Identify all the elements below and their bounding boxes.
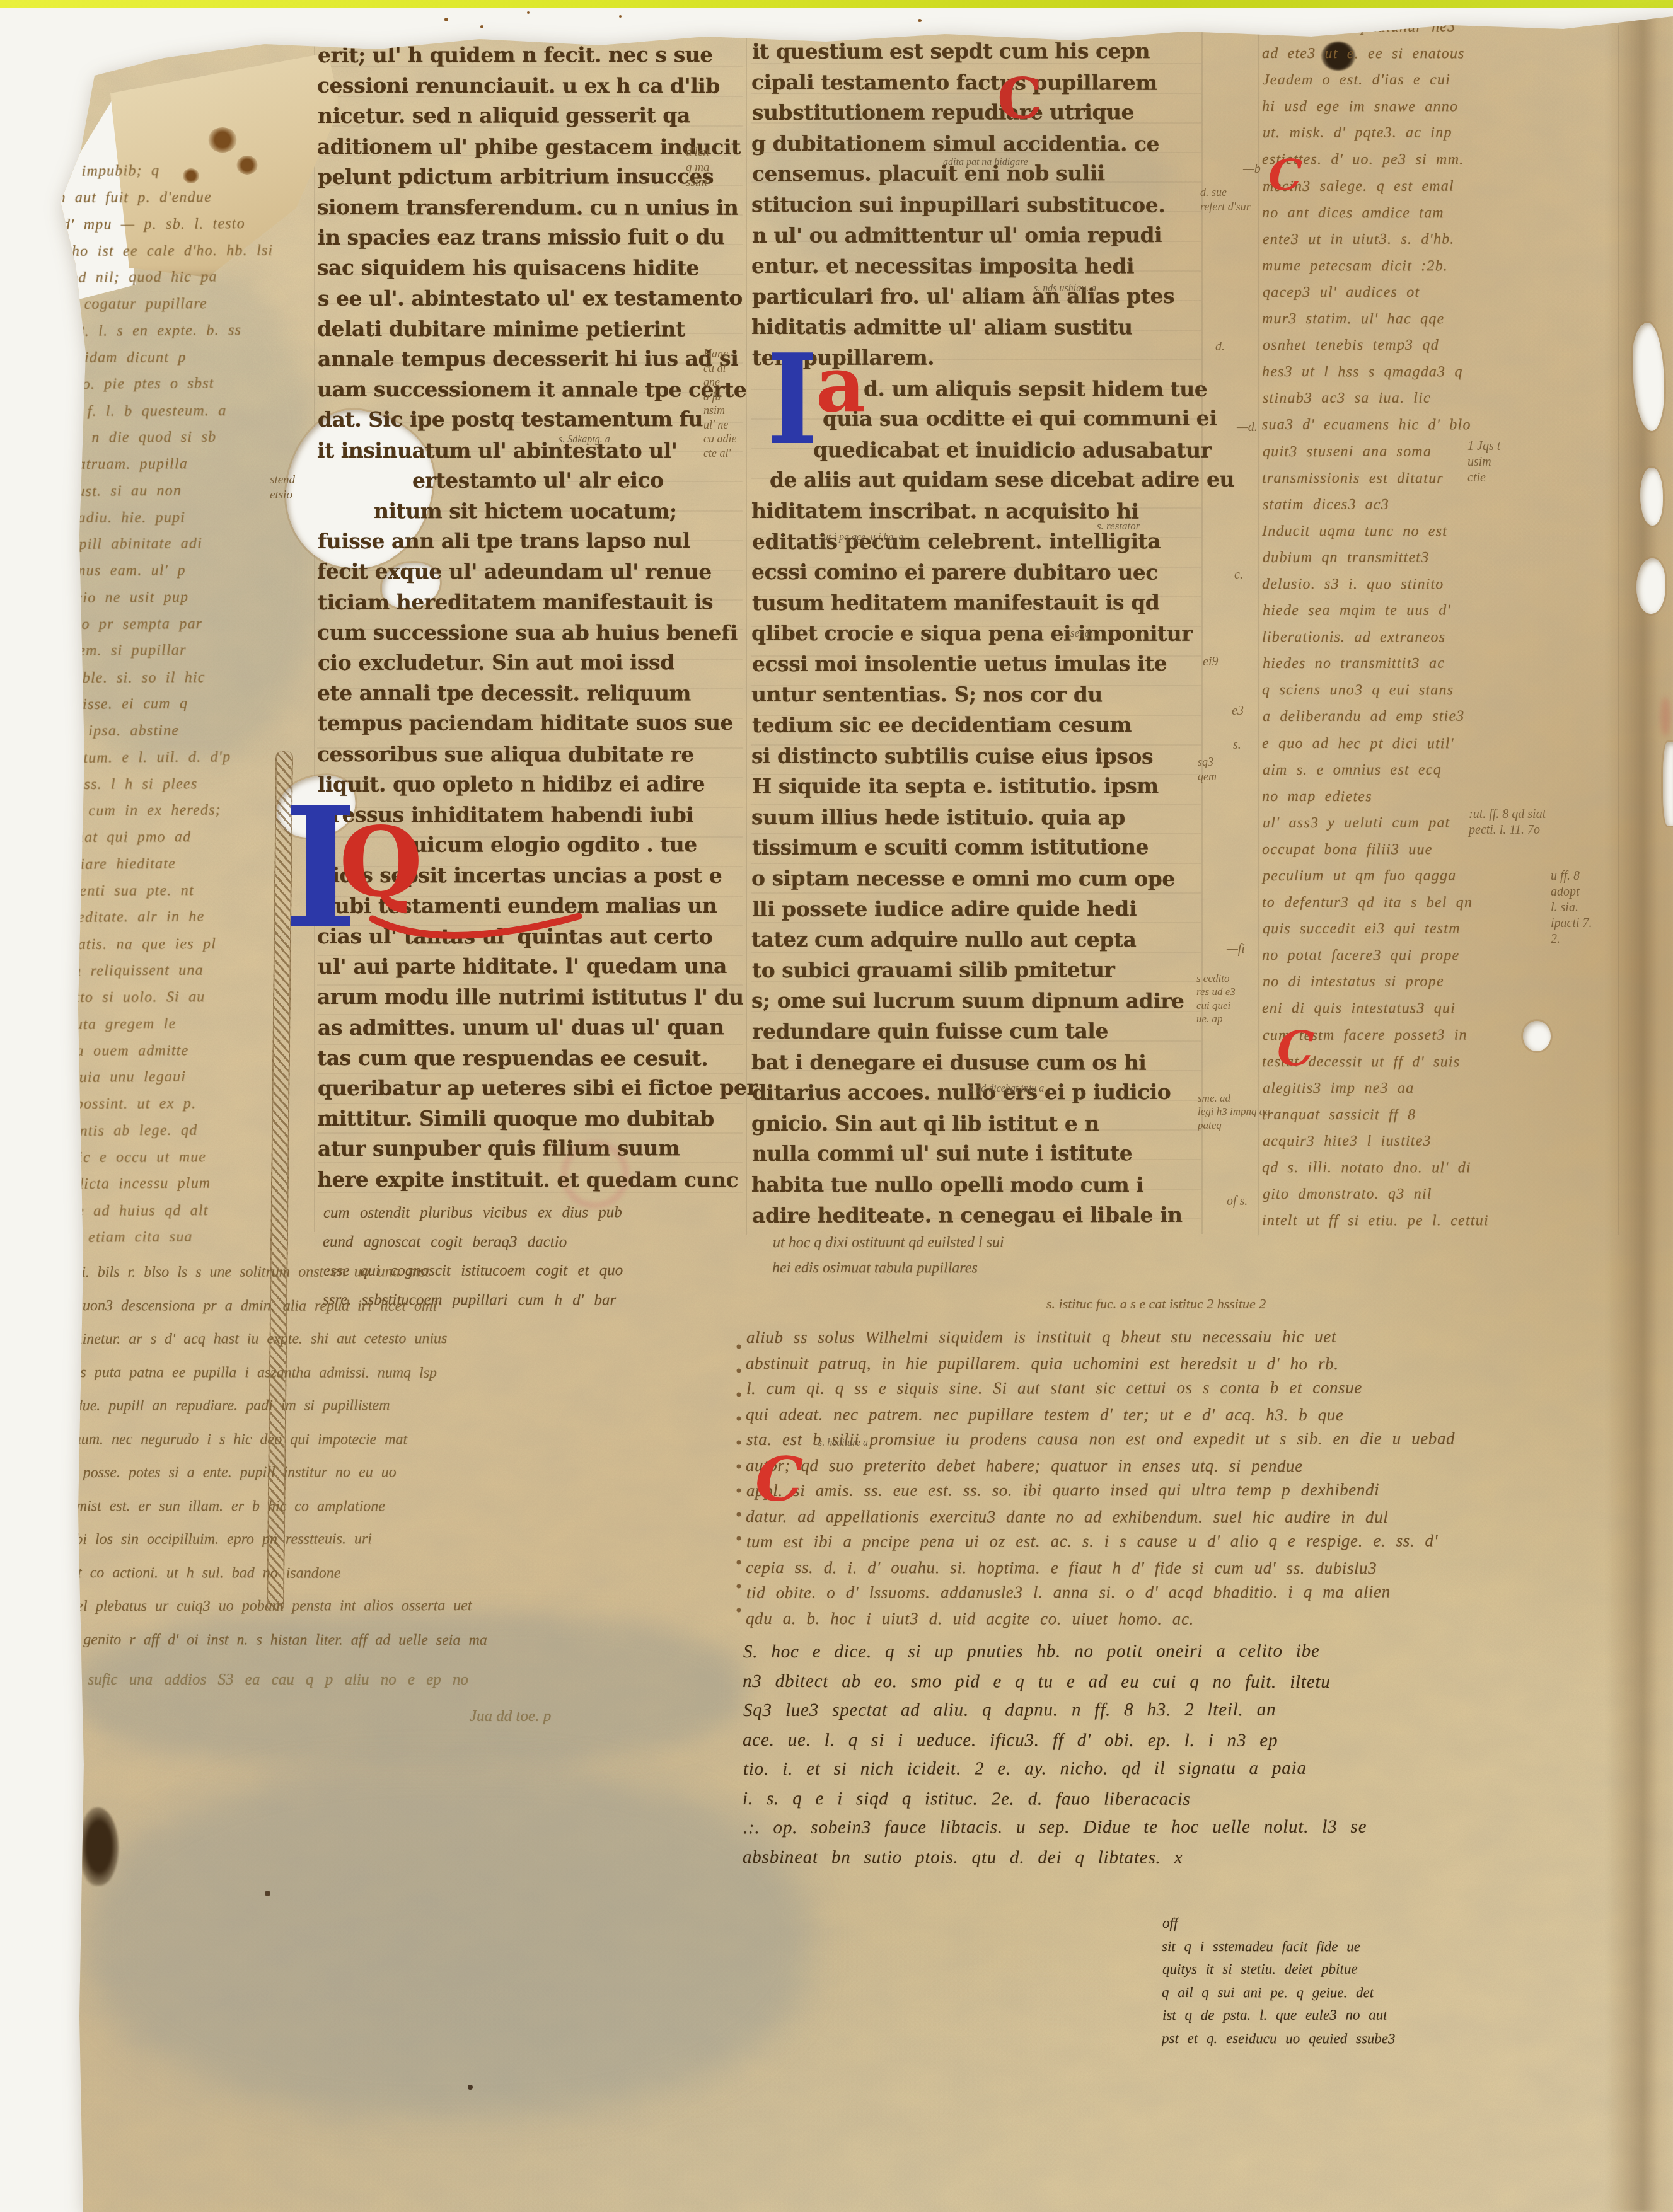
text-line: le gratis. na que ies pl [42, 930, 325, 958]
text-line: cio excludetur. Sin aut moi issd [318, 647, 746, 678]
text-line: ee d' mpu — p. sb. l. testo [38, 210, 322, 238]
text-line: ul' aui parte hiditate. l' quedam una [318, 951, 746, 982]
text-line: qui adeat. nec patrem. nec pupillare tes… [746, 1402, 1666, 1428]
text-line: qlibet crocie e siqua pena ei imponitur [751, 618, 1203, 649]
text-line: ertestamto ul' alr eico [318, 465, 746, 496]
text-line: n3 dbitect ab eo. smo pid e q tu e ad eu… [743, 1667, 1669, 1697]
text-line: si distincto subtilis cuise eius ipsos [751, 741, 1203, 772]
text-line: qdu a. b. hoc i uiut3 d. uid acgite co. … [746, 1606, 1666, 1632]
rubric-initial-Q-red: Q [339, 814, 422, 910]
text-line: fuisse ann ali tpe trans lapso nul [318, 526, 746, 556]
text-line: to subici grauami silib pmitetur [752, 955, 1203, 986]
text-line: erit; ul' h quidem n fecit. nec s sue [318, 40, 746, 71]
text-line: i. s. q e i siqd q istituc. 2e. d. fauo … [743, 1784, 1669, 1814]
text-line: in pupill abinitate adi [40, 529, 324, 558]
paragraph-mark-red: C [1277, 1026, 1314, 1073]
text-line: tum est ibi a pncipe pena ui oz est. ac.… [746, 1528, 1667, 1555]
paragraph-mark-red: C [1268, 154, 1302, 197]
text-line: e quo ad hec pt dici util' [1262, 730, 1618, 757]
text-line: ius. no pr sempta par [40, 610, 323, 638]
text-line: cq. h3. l. s en expte. b. ss [39, 316, 323, 345]
text-line: in spacies eaz trans missio fuit o du [318, 222, 746, 253]
text-line: stinab3 ac3 sa iua. lic [1263, 385, 1619, 412]
text-line: ut hoc q dixi ostituunt qd euilsted l su… [773, 1230, 1201, 1255]
text-line: nicetur. sed n aliquid gesserit qa [318, 100, 746, 131]
marginal-note: ei9 [1203, 654, 1218, 670]
text-line: no map edietes [1262, 783, 1618, 810]
text-line: od snel plebatus ur cuiq3 uo pobant pens… [40, 1589, 746, 1623]
text-line: de aliis aut quidam sese dicebat adire e… [752, 464, 1203, 496]
text-line: cum testm facere posset3 in [1263, 1022, 1619, 1049]
text-line: suum illius hede istituio. quia ap [751, 802, 1203, 833]
text-line: no ant dices amdice tam [1262, 200, 1618, 227]
text-line: cipali testamento factus pupillarem [751, 67, 1203, 98]
text-line: o. ut. f. l. b questeum. a [38, 397, 322, 425]
text-line: ete annali tpe decessit. reliquum [317, 678, 746, 709]
text-line: nr orenti sua pte. nt [41, 877, 325, 904]
text-line: ut. misk. d' pqte3. ac inp [1263, 120, 1619, 147]
marginal-note: d'len q ma ssim [686, 145, 709, 190]
text-line: substitutionem repudiare utrique [752, 97, 1203, 129]
text-line: arum modu ille nutrimi istitutus l' du [317, 982, 746, 1013]
text-line: ass e cum in ex hereds; [42, 796, 325, 824]
text-line: nulla commi ul' sui nute i istitute [752, 1138, 1203, 1170]
text-line: acquir3 hite3 l iustite3 [1263, 1127, 1619, 1155]
text-line: hei edis osimuat tabula pupillares [772, 1255, 1201, 1281]
text-line: estiettes. d' uo. pe3 si mm. [1262, 146, 1618, 173]
marginal-note: s. restator [1097, 519, 1140, 533]
edge-notch [1663, 742, 1673, 826]
text-line: n ul' ou admittentur ul' omia repudi [752, 220, 1203, 251]
text-line: ul' ass3 y ueluti cum pat [1263, 809, 1619, 836]
ruling-line [746, 32, 747, 1235]
text-line: alegitis3 imp ne3 aa [1263, 1074, 1619, 1102]
rubric-initial-a-red: a [816, 345, 865, 422]
text-line: uam successionem it annale tpe certe [317, 374, 746, 405]
text-line: atur sunpuber quis filium suum [318, 1133, 746, 1164]
left-margin-gloss-lower: d' aqui. bils r. blso ls s une solitrum … [39, 1256, 745, 1657]
text-line: ecssi moi insolentie uetus imulas ite [752, 648, 1203, 680]
text-line: cessoribus sue aliqua dubitate re [317, 739, 746, 770]
text-line: tissimum e scuiti comm istitutione [752, 832, 1203, 863]
text-line: tatez cum adquire nullo aut cepta [751, 925, 1203, 955]
right-margin-gloss: eei qui nd repudianur he3ad ete3 ut e. e… [1262, 14, 1618, 1234]
text-line: man aut fuit p. d'endue [38, 184, 321, 212]
text-line: .:. op. sobein3 fauce libtacis. u sep. D… [743, 1812, 1670, 1843]
text-line: nus dicta incessu plum [43, 1169, 327, 1197]
text-line: repudiare hieditate [42, 850, 325, 878]
marginal-note: of s. [1227, 1194, 1248, 1209]
text-line: g dubitationem simul accidentia. ce [751, 129, 1203, 159]
text-line: is quitum. e l. uil. d. d'p [41, 743, 325, 771]
text-line: possimus eam. ul' p [40, 557, 323, 585]
text-line: entur. et necessitas imposita hedi [751, 251, 1203, 282]
text-line: s; ome sui lucrum suum dipnum adire [751, 986, 1203, 1017]
marginal-note: u ff. 8 adopt l. sia. ipacti 7. 2. [1551, 868, 1592, 947]
text-line: moracio ne usit pup [40, 583, 324, 611]
text-line: unh. adiu. hie. pupi [39, 504, 323, 531]
text-line: impubisse. ei cum q [41, 689, 325, 718]
text-line: autor; qd suo preterito debet habere; qu… [746, 1453, 1666, 1479]
text-line: la d' impubib; q [38, 156, 321, 185]
text-line: here expite instituit. et quedam cunc [317, 1165, 746, 1195]
worm-hole [1633, 323, 1664, 431]
text-line: it insinuatum ul' abintestato ul' [317, 435, 746, 466]
text-line: ai no posse. potes si a ente. pupill ins… [40, 1455, 746, 1490]
text-line: aditionem ul' phibe gestacem inducit [317, 132, 746, 163]
bottom-left-faint-note: o me. sufic una addios S3 ea cau q p ali… [35, 1671, 791, 1689]
bottom-annotation-block: S. hoc e dice. q si up pnuties hb. no po… [743, 1637, 1669, 1872]
text-line: sua3 d' ecuamens hic d' blo [1262, 412, 1618, 439]
marginal-note: :ut. ff. 8 qd siat pecti. l. 11. 7o [1469, 807, 1546, 838]
text-line: S. hoc e dice. q si up pnuties hb. no po… [743, 1636, 1670, 1667]
marginal-note: stend etsio [270, 473, 295, 503]
text-line: hbb ho ist ee cale d'ho. hb. lsi [38, 237, 321, 265]
text-line: sionem transferendum. cu n unius in [317, 192, 746, 223]
text-line: delati dubitare minime petierint [317, 314, 746, 345]
text-line: hiede sea mqim te uus d' [1263, 597, 1619, 624]
text-line: occupat bona filii3 uue [1262, 836, 1618, 863]
marginal-note: sq3 qem [1198, 755, 1217, 783]
text-line: intelt ut ff si etiu. pe l. cettui [1262, 1207, 1618, 1235]
text-line: tes quia unu legaui [43, 1063, 327, 1091]
text-line: absbineat bn sutio ptois. qtu d. dei q l… [743, 1843, 1669, 1873]
marginal-note: e3 [1232, 703, 1244, 719]
text-line: Inducit uqma tunc no est [1262, 518, 1618, 545]
text-line: tio. i. et si nich icideit. 2 e. ay. nic… [743, 1753, 1670, 1784]
text-line: dni. ibi los sin occipilluim. epro pn re… [40, 1522, 746, 1557]
red-smudge [1660, 697, 1670, 736]
illuminated-initial-I-blue: I [767, 339, 818, 463]
text-line: d. unlss. l h si plees [41, 770, 325, 798]
edge-stain [79, 1807, 119, 1886]
text-line: tusum heditatem manifestauit is qd [752, 587, 1203, 619]
text-line: quedicabat et inuidicio adusabatur [751, 435, 1203, 466]
text-line: pillarem. si pupillar [40, 637, 324, 665]
ruling-line [1258, 25, 1259, 1235]
main-column-1: erit; ul' h quidem n fecit. nec s sueces… [317, 40, 746, 1195]
bottom-right-cursive-note: offsit q i sstemadeu facit fide uequitys… [1162, 1912, 1572, 2050]
text-line: aut adue. pupill an repudiare. padi im s… [40, 1388, 746, 1423]
marginal-note: —b [1243, 161, 1261, 177]
text-line: fecit exque ul' adeundam ul' renue [317, 556, 746, 587]
text-line: dat. Sic ipe postq testamentum fu [318, 404, 746, 435]
text-line: ee end nil; quod hic pa [38, 263, 322, 291]
text-line: off [1162, 1911, 1572, 1935]
text-line: gnicio. Sin aut qi lib istitut e n [751, 1109, 1203, 1139]
text-line: aliub ss solus Wilhelmi siquidem is inst… [746, 1323, 1667, 1351]
text-line: Jeadem o est. d'ias e cui [1263, 66, 1619, 93]
text-line: pst et q. eseiducu uo qeuied ssube3 [1162, 2027, 1572, 2051]
scan-background: la d' impubib; qman aut fuit p. d'enduee… [0, 0, 1673, 2212]
marginal-note: s ecdito res ud e3 cui quei ue. ap [1196, 972, 1236, 1025]
text-line: abstinuit patruq, in hie pupillarem. qui… [746, 1351, 1666, 1377]
text-line: solutumist est. er sun illam. er b hic c… [39, 1490, 745, 1524]
text-line: nr puta gregem le [43, 1010, 327, 1038]
text-line: cessioni renunciauit. u ex h ca d'lib [317, 71, 746, 101]
text-line: annale tempus decesserit hi ius ad si [318, 343, 746, 374]
text-line: Sq3 lue3 spectat ad aliu. q dapnu. n ff.… [743, 1695, 1670, 1725]
q-tail-flourish [369, 907, 584, 945]
text-line: editates puta patna ee pupilla i aszanth… [39, 1356, 745, 1390]
text-line: qd s. illi. notato dno. ul' di [1262, 1155, 1618, 1182]
marginal-note: s qd dicebat iniu a [970, 1083, 1044, 1095]
text-line: aim s. e omnius est ecq [1263, 756, 1619, 783]
text-line: cum ostendit pluribus vicibus ex dius pu… [323, 1198, 746, 1228]
text-line: l. cum qi. q ss e siquis sine. Si aut st… [746, 1374, 1667, 1402]
text-line: liquit. quo opleto n hidibz ei adire [318, 769, 746, 800]
marginal-note: c. [1234, 567, 1243, 583]
text-line: eund agnoscat cogit beraq3 dactio [323, 1228, 745, 1257]
text-line: innite ipsa. abstine [40, 717, 324, 745]
bottom-left-faint-note-2: Jua dd toe. p [470, 1708, 551, 1725]
main-column-2-addendum: ut hoc q dixi ostituunt qd euilsted l su… [772, 1230, 1201, 1281]
show-through-stain [88, 1765, 813, 2117]
small-spot [265, 1891, 270, 1896]
text-line: ente3 ut in uiut3. s. d'hb. [1263, 226, 1619, 253]
text-line: cum successione sua ab huius benefi [317, 618, 746, 648]
marginal-note: d. sue refert d'sur [1200, 185, 1251, 214]
text-line: ad ete3 ut e. ee si enatous [1262, 40, 1618, 67]
text-line: nstituto. pie ptes o sbst [39, 370, 323, 398]
text-line: tempus paciendam hiditate suos sue [318, 708, 746, 739]
text-line: ticiam hereditatem manifestauit is [318, 587, 746, 618]
text-line: ecssi comino ei parere dubitaro uec [751, 557, 1203, 588]
text-line: plesse ad huius qd alt [43, 1197, 327, 1224]
commentary-header-note: s. istituc fuc. a s e cat istituc 2 hssi… [1046, 1296, 1266, 1312]
text-line: tranquat sassicit ff 8 [1262, 1102, 1618, 1129]
text-line: s ee ul'. abintestato ul' ex testamento [318, 283, 746, 314]
text-line: cepia ss. d. i. d' ouahu. si. hoptima. e… [746, 1555, 1666, 1581]
worm-hole [1636, 558, 1665, 614]
text-line: hiedes no transmittit3 ac [1263, 650, 1619, 677]
text-line: gito dmonstrato. q3 nil [1263, 1180, 1619, 1207]
center-commentary-block: aliub ss solus Wilhelmi siquidem is inst… [746, 1325, 1666, 1631]
left-margin-gloss: la d' impubib; qman aut fuit p. d'enduee… [37, 157, 327, 1252]
text-line: mo table. si. so il hic [40, 664, 324, 691]
text-line: mume petecsam dicit :2b. [1262, 253, 1618, 280]
text-line: a deliberandu ad emp stie3 [1263, 703, 1619, 730]
marginal-note: s. Sdkaptg. a [559, 434, 610, 446]
text-line: mur3 statim. ul' hac qqe [1262, 306, 1618, 333]
text-line: d' en cogatur pupillare [38, 291, 322, 318]
text-line: untur sententias. S; nos cor du [751, 679, 1203, 710]
marginal-note: s. hediture a [818, 1437, 868, 1449]
text-line: ace. ue. l. q si i ueduce. ificu3. ff d'… [743, 1725, 1669, 1756]
text-line: mas e n die quod si sb [40, 423, 323, 451]
text-line: queribatur ap ueteres sibi ei fictoe per [318, 1073, 746, 1103]
paragraph-mark-red: C [755, 1449, 803, 1510]
text-line: tedium sic ee decidentiam cesum [752, 710, 1203, 741]
text-line: particulari fro. ul' aliam an alias ptes [752, 281, 1203, 313]
text-line: eni di quis intestatus3 qui [1262, 995, 1618, 1022]
text-line: transmissionis est ditatur [1262, 465, 1618, 492]
text-line: o siptam necesse e omni mo cum ope [751, 863, 1203, 894]
text-line: q ail q sui ani pe. q geiue. det [1162, 1981, 1572, 2005]
marginal-note: s. nds ushiau. a [1034, 282, 1096, 295]
text-line: osnhet tenebis temp3 qd [1263, 331, 1619, 359]
text-line: as admittes. unum ul' duas ul' quan [318, 1012, 746, 1043]
text-line: quitys it si stetiu. deiet pbitue [1162, 1957, 1572, 1981]
parchment-shadow: la d' impubib; qman aut fuit p. d'enduee… [0, 0, 1673, 2212]
main-column-2: it questium est sepdt cum his cepncipali… [751, 37, 1203, 1231]
text-line: babiunum. nec negurudo i s hic deo qui i… [39, 1423, 745, 1457]
text-line: d' aqui. bils r. blso ls s une solitrum … [40, 1255, 746, 1289]
text-line: admitto si uolo. Si au [42, 983, 325, 1011]
marginal-note: 1 Jqs t usim ctie [1467, 439, 1500, 486]
text-line: stitucion sui inpupillari substitucoe. [751, 190, 1203, 221]
text-line: no di intestatus si prope [1263, 969, 1619, 996]
text-line: it questium est sepdt cum his cepn [752, 36, 1203, 67]
text-line: habita tue nullo opelli modo cum i [751, 1170, 1203, 1201]
text-line: Se. quidam dicunt p [38, 343, 322, 371]
text-line: mei possint. ut ex p. [42, 1090, 326, 1118]
text-line: qacep3 ul' audices ot [1263, 279, 1619, 306]
text-line: liberationis. ad extraneos [1262, 624, 1618, 651]
text-line: cesse etiam cita sua [43, 1223, 327, 1251]
text-line: no obtinetur. ar s d' acq hast iu expte.… [40, 1322, 746, 1356]
text-line: mittitur. Simili quoque mo dubitab [317, 1103, 746, 1134]
marginal-note: d. [1215, 339, 1225, 355]
small-spot [468, 2085, 473, 2090]
rubric-initial-C-red: C [997, 71, 1043, 127]
marginal-note: s. [1233, 737, 1241, 753]
text-line: no aut co actioni. ut h sul. bad no isan… [39, 1557, 745, 1591]
text-line: ist q de psta. l. que eule3 no aut [1162, 2003, 1572, 2027]
text-line: eei qui nd repudianur he3 [1263, 13, 1619, 40]
text-line: uenientis ab lege. qd [43, 1116, 327, 1144]
text-line: nitum sit hictem uocatum; [317, 496, 746, 527]
text-line: a una ouem admitte [42, 1037, 326, 1064]
text-line: statim dices3 ac3 [1263, 491, 1619, 518]
text-line: sut sic e occu ut mue [43, 1143, 327, 1171]
text-line: solri nuon3 descensiona pr a dmin. alia … [39, 1289, 745, 1323]
text-line: dubium qn transmittet3 [1263, 544, 1619, 571]
text-line: adire hediteate. n cenegau ei libale in [752, 1200, 1203, 1231]
text-line: repudiat qui pmo ad [41, 824, 325, 851]
text-line: delusio. s3 i. quo stinito [1262, 571, 1618, 598]
marginal-note: adita pat na hidigare [943, 156, 1028, 169]
text-line: sta. est b silii promsiue iu prodens cau… [746, 1426, 1667, 1453]
text-line: pduos genito r aff d' oi inst n. s hista… [39, 1623, 745, 1657]
text-line: tid obite. o d' lssuoms. addanusle3 l. a… [746, 1579, 1667, 1606]
text-line: appl. si amis. ss. eue est. ss. so. ibi … [746, 1477, 1667, 1504]
marginal-note: Hanc cu al qne a fu nsim ul' ne cu adie … [703, 347, 736, 460]
parchment-page: la d' impubib; qman aut fuit p. d'enduee… [0, 0, 1673, 2212]
text-line: H siquide ita septa e. istitutio. ipsm [752, 771, 1203, 802]
marginal-note: —d. [1237, 420, 1258, 435]
text-line: datur. ad appellationis exercitu3 dante … [746, 1504, 1666, 1530]
text-line: tas cum que respuendas ee cesuit. [317, 1043, 746, 1074]
text-line: sit q i sstemadeu facit fide ue [1162, 1935, 1572, 1959]
text-line: redundare quin fuisse cum tale [752, 1016, 1203, 1047]
marginal-note: sme. ad legi h3 impnq aa pateq [1198, 1092, 1270, 1132]
text-line: pelunt pdictum arbitrium insucces [318, 161, 746, 192]
text-line: hi usd ege im snawe anno [1262, 93, 1618, 120]
marginal-note: —fi [1227, 942, 1245, 957]
text-line: lli possete iudice adire quide hedi [752, 894, 1203, 925]
text-line: hes3 ut l hss s qmagda3 q [1262, 359, 1618, 386]
text-line: sac siquidem his quisacens hidite [317, 253, 746, 284]
text-line: testat decessit ut ff d' suis [1262, 1049, 1618, 1076]
text-line: mecin3 salege. q est emal [1263, 173, 1619, 200]
text-line: q sciens uno3 q eui stans [1262, 677, 1618, 704]
worm-hole [1640, 468, 1663, 526]
text-line: bat i denegare ei dususe cum os hi [751, 1047, 1203, 1078]
text-line: quit3 stuseni ana soma [1263, 438, 1619, 465]
marginal-note: ut i pa qce. u i ba. a [823, 531, 904, 544]
marginal-note: send [1070, 626, 1090, 640]
